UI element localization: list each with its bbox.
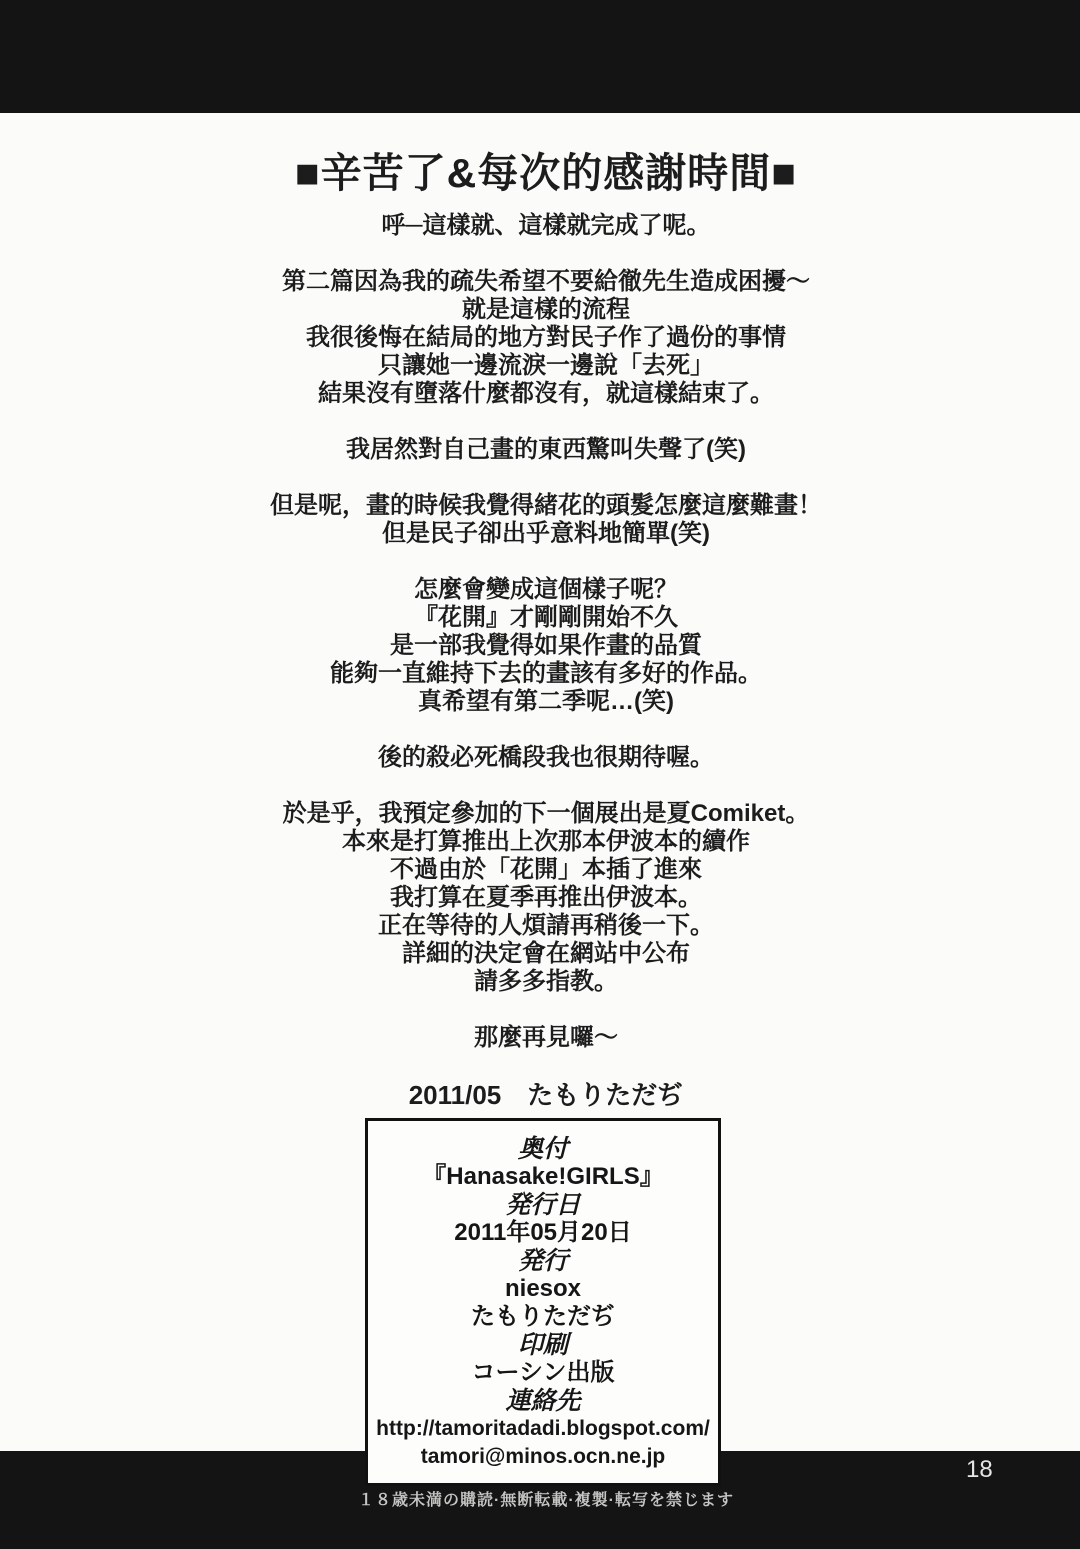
body-line: 但是民子卻出乎意料地簡單(笑) [6, 520, 1080, 548]
colophon-release-date-label: 発行日 [368, 1191, 718, 1219]
body-line: 但是呢，畫的時候我覺得緒花的頭髮怎麼這麼難畫！ [6, 492, 1080, 520]
body-line: 我打算在夏季再推出伊波本。 [6, 884, 1080, 912]
body-line: 真希望有第二季呢…(笑) [6, 688, 1080, 716]
body-line: 我居然對自己畫的東西驚叫失聲了(笑) [6, 436, 1080, 464]
colophon-printer-name: コーシン出版 [368, 1359, 718, 1387]
signature-date-author: 2011/05 たもりただぢ [6, 1080, 1080, 1110]
colophon-printing-label: 印刷 [368, 1331, 718, 1359]
body-line: 第二篇因為我的疏失希望不要給徹先生造成困擾～ [6, 268, 1080, 296]
colophon-heading: 奥付 [368, 1135, 718, 1163]
body-line: 於是乎，我預定參加的下一個展出是夏Comiket。 [6, 800, 1080, 828]
body-line: 怎麼會變成這個樣子呢？ [6, 576, 1080, 604]
body-line: 後的殺必死橋段我也很期待喔。 [6, 744, 1080, 772]
colophon-publisher-label: 発行 [368, 1247, 718, 1275]
body-line: 詳細的決定會在網站中公布 [6, 940, 1080, 968]
body-line: 結果沒有墮落什麼都沒有，就這樣結束了。 [6, 380, 1080, 408]
colophon-email-address: tamori@minos.ocn.ne.jp [368, 1443, 718, 1471]
body-line [6, 240, 1080, 268]
body-line: 是一部我覺得如果作畫的品質 [6, 632, 1080, 660]
body-line: 能夠一直維持下去的畫該有多好的作品。 [6, 660, 1080, 688]
body-line [6, 996, 1080, 1024]
colophon-box: 奥付 『Hanasake!GIRLS』 発行日 2011年05月20日 発行 n… [365, 1118, 721, 1486]
colophon-release-date: 2011年05月20日 [368, 1219, 718, 1247]
body-line: 正在等待的人煩請再稍後一下。 [6, 912, 1080, 940]
body-line: 只讓她一邊流淚一邊說「去死」 [6, 352, 1080, 380]
body-line [6, 716, 1080, 744]
page-title: ■辛苦了&每次的感謝時間■ [6, 148, 1080, 198]
colophon-contact-label: 連絡先 [368, 1387, 718, 1415]
body-line: 那麼再見囉～ [6, 1024, 1080, 1052]
colophon-circle-name: niesox [368, 1275, 718, 1303]
body-line: 就是這樣的流程 [6, 296, 1080, 324]
body-line: 呼─這樣就、這樣就完成了呢。 [6, 212, 1080, 240]
body-line [6, 408, 1080, 436]
colophon-author-name: たもりただぢ [368, 1303, 718, 1331]
page-number: 18 [966, 1456, 993, 1484]
body-line: 請多多指教。 [6, 968, 1080, 996]
body-line: 我很後悔在結局的地方對民子作了過份的事情 [6, 324, 1080, 352]
body-line [6, 464, 1080, 492]
afterword-body: 呼─這樣就、這樣就完成了呢。 第二篇因為我的疏失希望不要給徹先生造成困擾～就是這… [6, 212, 1080, 1052]
colophon-book-title: 『Hanasake!GIRLS』 [368, 1163, 718, 1191]
body-line: 不過由於「花開」本插了進來 [6, 856, 1080, 884]
doujin-afterword-page: ■辛苦了&每次的感謝時間■ 呼─這樣就、這樣就完成了呢。 第二篇因為我的疏失希望… [0, 0, 1080, 1549]
body-line: 本來是打算推出上次那本伊波本的續作 [6, 828, 1080, 856]
afterword-content: ■辛苦了&每次的感謝時間■ 呼─這樣就、這樣就完成了呢。 第二篇因為我的疏失希望… [6, 148, 1080, 1110]
age-restriction-notice: １８歳未満の購読·無断転載·複製·転写を禁じます [6, 1487, 1080, 1510]
colophon-website-url: http://tamoritadadi.blogspot.com/ [368, 1415, 718, 1443]
body-line [6, 548, 1080, 576]
body-line [6, 772, 1080, 800]
body-line: 『花開』才剛剛開始不久 [6, 604, 1080, 632]
